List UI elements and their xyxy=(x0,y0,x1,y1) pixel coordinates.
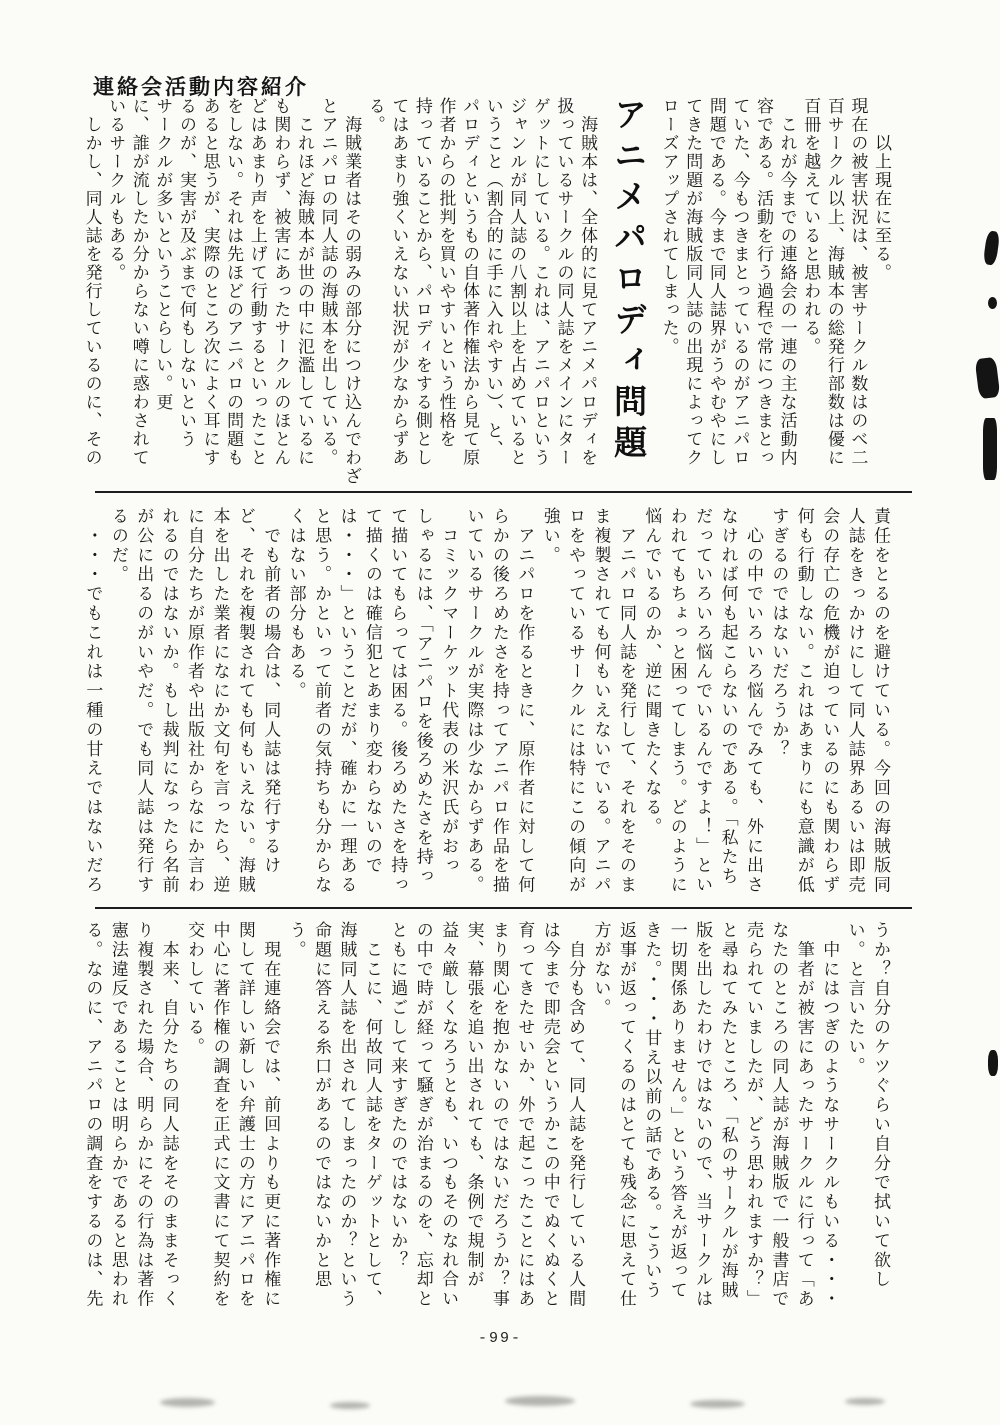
page-number: -99- xyxy=(0,1330,1000,1347)
horizontal-divider xyxy=(95,907,912,909)
horizontal-divider xyxy=(95,491,912,493)
scan-smudge xyxy=(690,1400,745,1408)
vertical-text-block: 以上現在に至る。 現在の被害状況は、被害サークル数はのべ二 百サークル以上、海賊… xyxy=(660,97,891,467)
scan-artifact xyxy=(983,230,1000,265)
text-section-top: 以上現在に至る。 現在の被害状況は、被害サークル数はのべ二 百サークル以上、海賊… xyxy=(95,97,911,491)
text-section-bottom: うか？自分のケツぐらい自分で拭いて欲し い。と言いたい。 中にはつぎのようなサー… xyxy=(95,921,911,1335)
vertical-text-block: 海賊本は、全体的に見てアニメパロディを 扱っているサークルの同人誌をメインにター… xyxy=(83,97,597,486)
scan-smudge xyxy=(505,1396,575,1406)
scan-artifact xyxy=(988,297,997,309)
scan-artifact xyxy=(983,418,997,480)
scan-smudge xyxy=(845,1398,885,1405)
section-heading: アニメパロディ問題 xyxy=(610,97,647,466)
scan-artifact xyxy=(988,1050,998,1076)
scan-smudge xyxy=(160,1398,215,1407)
vertical-text-block: 責任をとるのを避けている。今回の海賊版同 人誌をきっかけにして同人誌界あるいは即… xyxy=(83,507,890,895)
scanned-document-page: 連絡会活動内容紹介 以上現在に至る。 現在の被害状況は、被害サークル数はのべ二 … xyxy=(0,0,1000,1425)
scan-artifact xyxy=(975,357,1000,399)
vertical-text-block: うか？自分のケツぐらい自分で拭いて欲し い。と言いたい。 中にはつぎのようなサー… xyxy=(83,921,890,1309)
scan-smudge xyxy=(330,1402,370,1409)
text-section-middle: 責任をとるのを避けている。今回の海賊版同 人誌をきっかけにして同人誌界あるいは即… xyxy=(95,507,911,907)
